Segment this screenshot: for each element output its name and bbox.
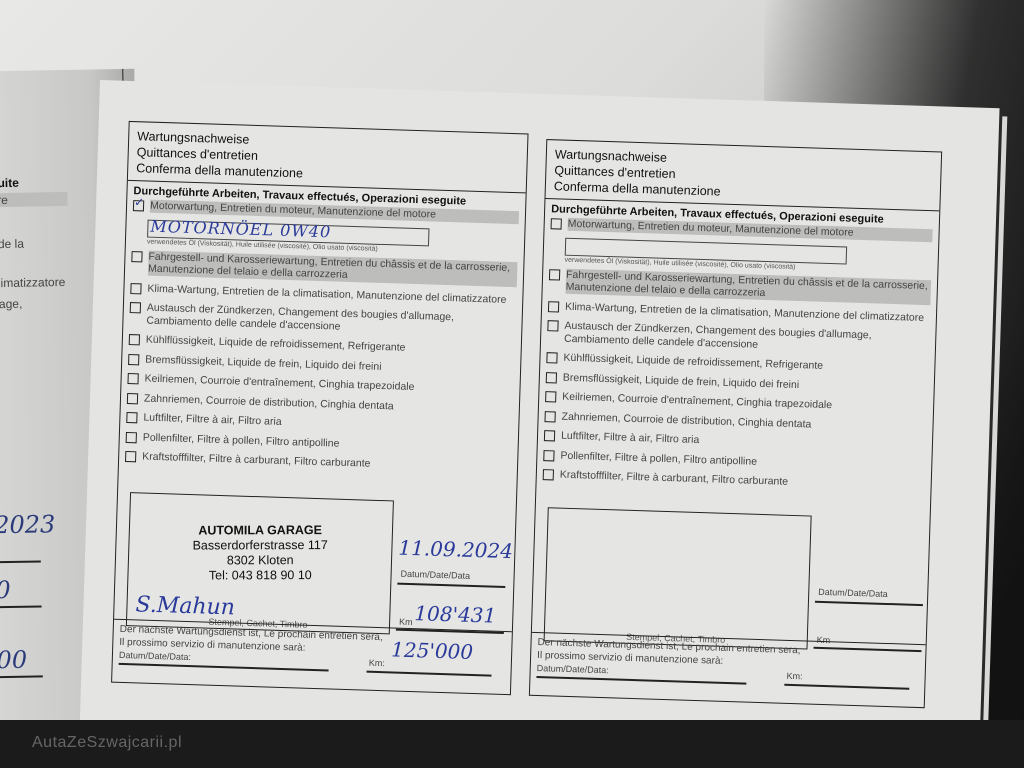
watermark: AutaZeSzwajcarii.pl — [32, 734, 182, 752]
checkbox[interactable] — [545, 391, 556, 402]
oil-used-value: MOTORNÖEL 0W40 — [150, 216, 331, 241]
km-label: Km — [399, 617, 413, 627]
checkbox[interactable] — [544, 430, 555, 441]
work-item-label: Kraftstofffilter, Filtre à carburant, Fi… — [142, 451, 511, 475]
checkbox[interactable] — [126, 431, 137, 442]
checkbox[interactable] — [130, 283, 141, 294]
next-date-rule — [536, 676, 746, 684]
checkbox[interactable] — [130, 302, 141, 313]
left-fragment-text: guite — [0, 176, 19, 190]
left-rule — [0, 560, 41, 562]
stamp-box: AUTOMILA GARAGEBasserdorferstrasse 11783… — [126, 492, 394, 634]
stamp-box: Stempel, Cachet, Timbro — [544, 507, 812, 649]
left-rule — [0, 605, 42, 607]
date-label: Datum/Date/Data — [400, 569, 470, 581]
left-fragment-text: climatizzatore — [0, 275, 65, 290]
work-item: Fahrgestell- und Karosseriewartung, Entr… — [549, 268, 932, 305]
garage-street: Basserdorferstrasse 117 — [129, 538, 391, 554]
left-handwritten-date: 2023 — [0, 510, 55, 539]
next-date-rule — [119, 663, 329, 671]
stamp-imprint: AUTOMILA GARAGEBasserdorferstrasse 11783… — [129, 523, 391, 584]
garage-street — [548, 538, 810, 539]
checkbox[interactable] — [125, 451, 136, 462]
work-performed-section: Durchgeführte Arbeiten, Travaux effectué… — [537, 199, 940, 493]
checkbox[interactable] — [548, 301, 559, 312]
next-service: Der nächste Wartungsdienst ist, Le proch… — [530, 632, 926, 707]
date-label: Datum/Date/Data — [818, 587, 888, 599]
work-item: Fahrgestell- und Karosseriewartung, Entr… — [131, 250, 518, 287]
next-date-label: Datum/Date/Data: — [119, 649, 191, 664]
work-item-label: Austausch der Zündkerzen, Changement des… — [146, 302, 516, 339]
left-fragment-text: ore — [0, 192, 68, 207]
maintenance-record-2: WartungsnachweiseQuittances d'entretienC… — [529, 139, 942, 708]
checkbox[interactable] — [128, 354, 139, 365]
left-fragment-text: nage, — [0, 297, 22, 312]
left-handwritten-next-km: 00 — [0, 646, 27, 675]
checkbox[interactable] — [131, 251, 142, 262]
left-rule — [0, 675, 43, 677]
next-km-label: Km: — [786, 670, 802, 683]
checkbox[interactable] — [543, 450, 554, 461]
checkbox[interactable] — [126, 412, 137, 423]
checkbox[interactable] — [546, 352, 557, 363]
garage-phone — [548, 538, 810, 539]
next-km-rule — [784, 684, 909, 689]
checkbox[interactable] — [544, 411, 555, 422]
next-km-value: 125'000 — [391, 643, 473, 659]
checkbox[interactable] — [127, 373, 138, 384]
service-book-page: WartungsnachweiseQuittances d'entretienC… — [80, 80, 1000, 753]
garage-city — [548, 538, 810, 539]
work-item-label: Fahrgestell- und Karosseriewartung, Entr… — [148, 250, 518, 287]
date-rule — [815, 601, 923, 606]
next-km-rule — [367, 671, 492, 676]
garage-phone: Tel: 043 818 90 10 — [129, 568, 391, 584]
left-fragment-text: t de la — [0, 237, 24, 252]
checkbox[interactable] — [129, 334, 140, 345]
garage-name — [548, 538, 810, 539]
checkbox[interactable] — [551, 218, 562, 229]
work-item: Austausch der Zündkerzen, Changement des… — [129, 301, 516, 338]
work-item-label: Kraftstofffilter, Filtre à carburant, Fi… — [560, 469, 925, 493]
work-item-label: Fahrgestell- und Karosseriewartung, Entr… — [566, 268, 932, 304]
garage-city: 8302 Kloten — [129, 553, 391, 569]
left-handwritten-km: 0 — [0, 576, 11, 604]
km-value: 108'431 — [414, 601, 497, 628]
service-date-value: 11.09.2024 — [398, 536, 513, 564]
checkbox[interactable] — [127, 393, 138, 404]
next-date-label: Datum/Date/Data: — [537, 662, 609, 677]
maintenance-record-1: WartungsnachweiseQuittances d'entretienC… — [111, 121, 528, 695]
work-item-label: Austausch der Zündkerzen, Changement des… — [564, 320, 930, 356]
work-item: Kraftstofffilter, Filtre à carburant, Fi… — [125, 450, 511, 475]
work-item: Kraftstofffilter, Filtre à carburant, Fi… — [543, 468, 925, 492]
next-km-label: Km: — [369, 657, 385, 670]
work-performed-section: Durchgeführte Arbeiten, Travaux effectué… — [119, 181, 526, 475]
next-service: Der nächste Wartungsdienst ist, Le proch… — [112, 619, 512, 694]
work-item: Austausch der Zündkerzen, Changement des… — [547, 319, 930, 356]
garage-name: AUTOMILA GARAGE — [129, 523, 391, 539]
checkbox[interactable] — [547, 320, 558, 331]
date-rule — [397, 583, 505, 588]
checkbox[interactable] — [133, 200, 144, 211]
checkbox[interactable] — [546, 372, 557, 383]
checkbox[interactable] — [543, 469, 554, 480]
stamp-imprint — [548, 538, 810, 539]
checkbox[interactable] — [549, 269, 560, 280]
